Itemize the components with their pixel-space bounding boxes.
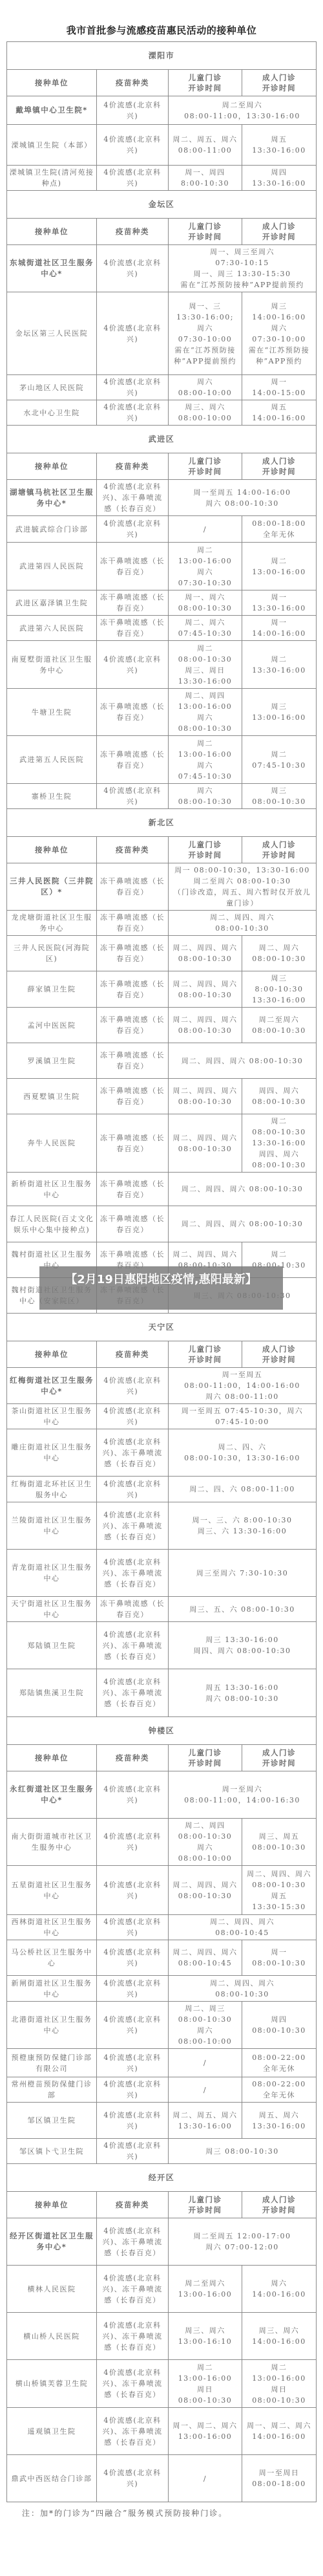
child-clinic-hours: 周二、周四、周六08:00-10:45 — [169, 1940, 242, 1976]
vaccine-type: 冻干鼻喷流感（长春百克） — [97, 1206, 169, 1242]
table-row: 马公桥社区卫生服务中心4价流感(北京科兴)周二、周四、周六08:00-10:45… — [7, 1940, 317, 1976]
vaccination-unit: 红梅街道北环社区卫生服务中心 — [7, 1477, 97, 1502]
adult-clinic-hours: 周一08:00-10:30 — [242, 1940, 317, 1976]
combined-clinic-hours: 周一、周三至周六07:30-10:15周一、周三 13:30-15:30需在“江… — [169, 245, 317, 292]
child-clinic-hours: 周一、三13:30-16:00;周六07:30-10:00需在“江苏预防接种”A… — [169, 292, 242, 375]
adult-clinic-hours: 周一、周二、周六14:00-16:00 — [242, 2408, 317, 2455]
vaccination-unit: 横山桥镇芙蓉卫生院 — [7, 2360, 97, 2408]
table-row: 邹区镇卜弋卫生院4价流感(北京科兴)周三 08:00-10:30 — [7, 2139, 317, 2164]
child-clinic-hours: 周六08:00-10:00 — [169, 375, 242, 400]
vaccination-unit: 罗溪镇卫生院 — [7, 1043, 97, 1079]
adult-clinic-hours: 周五14:00-16:00 — [242, 400, 317, 426]
combined-clinic-hours: 周三、五、六 08:00-10:30 — [169, 1597, 317, 1622]
table-row: 奔牛人民医院冻干鼻喷流感（长春百克）周二、周四、周六08:00-10:30周二0… — [7, 1114, 317, 1173]
district-row: 天宁区 — [7, 1314, 317, 1341]
vaccination-unit: 雕庄街道社区卫生服务中心 — [7, 1429, 97, 1477]
vaccination-unit: 红梅街道社区卫生服务中心* — [7, 1368, 97, 1404]
child-clinic-hours: 周二、周五、周六08:00-11:00 — [169, 125, 242, 166]
table-row: 武进毓武综合门诊部4价流感(北京科兴)/08:00-18:00全年无休 — [7, 516, 317, 543]
vaccine-type: 4价流感(北京科兴)、冻干鼻喷流感（长春百克） — [97, 1669, 169, 1717]
table-row: 经开区街道社区卫生服务中心*4价流感(北京科兴)、冻干鼻喷流感（长春百克）周二至… — [7, 2218, 317, 2266]
combined-clinic-hours: 周二、周四、周六 08:00-10:30 — [169, 1206, 317, 1242]
child-clinic-hours: / — [169, 2455, 242, 2502]
vaccination-unit: 三井人民医院(河海院区) — [7, 936, 97, 971]
district-name: 金坛区 — [7, 191, 317, 219]
adult-clinic-hours: 08:00-22:00全年无休 — [242, 2049, 317, 2077]
table-row: 戴埠镇中心卫生院*4价流感(北京科兴)周二至周六08:00-11:00，13:3… — [7, 96, 317, 125]
vaccine-type: 4价流感(北京科兴) — [97, 1771, 169, 1819]
vaccination-unit: 武进毓武综合门诊部 — [7, 516, 97, 543]
vaccination-unit: 武进第四人民医院 — [7, 543, 97, 590]
vaccine-type: 冻干鼻喷流感（长春百克） — [97, 911, 169, 936]
adult-clinic-hours: 周二08:00-10:3013:30-16:00周四、周六08:00-10:30 — [242, 1114, 317, 1173]
header-unit: 接种单位 — [7, 453, 97, 480]
table-row: 红梅街道北环社区卫生服务中心4价流感(北京科兴)周二、四、六 08:00-11:… — [7, 1477, 317, 1502]
column-header-row: 接种单位 疫苗种类 儿童门诊开诊时间 成人门诊开诊时间 — [7, 837, 317, 863]
header-adult-hours: 成人门诊开诊时间 — [242, 1745, 317, 1771]
table-row: 天宁街道社区卫生服务中心冻干鼻喷流感（长春百克）周三、五、六 08:00-10:… — [7, 1597, 317, 1622]
vaccine-type: 4价流感(北京科兴) — [97, 2049, 169, 2077]
combined-clinic-hours: 周二、周四、周六 08:00-10:30 — [169, 1043, 317, 1079]
header-child-hours: 儿童门诊开诊时间 — [169, 453, 242, 480]
header-adult-hours: 成人门诊开诊时间 — [242, 1341, 317, 1368]
vaccination-unit: 戴埠镇中心卫生院* — [7, 96, 97, 125]
vaccine-type: 4价流感(北京科兴) — [97, 292, 169, 375]
table-row: 南夏墅街道社区卫生服务中心4价流感(北京科兴)周二08:00-10:30周三、周… — [7, 641, 317, 689]
district-row: 钟楼区 — [7, 1717, 317, 1745]
vaccine-type: 4价流感(北京科兴) — [97, 1915, 169, 1940]
header-child-hours: 儿童门诊开诊时间 — [169, 837, 242, 863]
table-row: 水北中心卫生院4价流感(北京科兴)周三、周六08:00-10:00周五14:00… — [7, 400, 317, 426]
combined-clinic-hours: 周一至周五 07:45-10:30，周六07:45-10:00 — [169, 1404, 317, 1429]
table-row: 武进第四人民医院冻干鼻喷流感（长春百克）周二13:00-16:00周六07:30… — [7, 543, 317, 590]
vaccine-type: 冻干鼻喷流感（长春百克） — [97, 1114, 169, 1173]
adult-clinic-hours: 周三14:00-16:00周六07:30-10:00需在“江苏预防接种”APP预… — [242, 292, 317, 375]
column-header-row: 接种单位 疫苗种类 儿童门诊开诊时间 成人门诊开诊时间 — [7, 1341, 317, 1368]
combined-clinic-hours: 周三至周六 7:30-10:30 — [169, 1550, 317, 1597]
vaccination-unit: 武进第五人民医院 — [7, 736, 97, 784]
child-clinic-hours: 周二、周四13:00-16:00周六08:00-10:30 — [169, 689, 242, 736]
vaccine-type: 冻干鼻喷流感（长春百克） — [97, 616, 169, 641]
district-name: 经开区 — [7, 2164, 317, 2192]
child-clinic-hours: 周三、周六13:00-16:10 — [169, 2313, 242, 2360]
vaccine-type: 4价流感(北京科兴)、冻干鼻喷流感（长春百克） — [97, 1622, 169, 1669]
column-header-row: 接种单位 疫苗种类 儿童门诊开诊时间 成人门诊开诊时间 — [7, 1745, 317, 1771]
table-row: 常州橙苗预防保健门诊部4价流感(北京科兴)/08:00-22:00全年无休 — [7, 2077, 317, 2103]
vaccine-type: 4价流感(北京科兴) — [97, 400, 169, 426]
vaccine-type: 4价流感(北京科兴)、冻干鼻喷流感（长春百克） — [97, 2313, 169, 2360]
child-clinic-hours: / — [169, 2077, 242, 2103]
adult-clinic-hours: 周三13:00-16:00 — [242, 689, 317, 736]
vaccination-unit: 新桥街道社区卫生服务中心 — [7, 1173, 97, 1206]
combined-clinic-hours: 周一至周六08:00-11:00，14:00-16:30 — [169, 1771, 317, 1819]
table-row: 寨桥卫生院4价流感(北京科兴)周六08:00-10:30周三08:00-10:3… — [7, 784, 317, 809]
vaccination-unit: 武进第六人民医院 — [7, 616, 97, 641]
vaccination-unit: 南大街街道城市社区卫生服务中心 — [7, 1819, 97, 1866]
adult-clinic-hours: 周一13:30-16:00 — [242, 590, 317, 616]
vaccine-type: 4价流感(北京科兴)、冻干鼻喷流感（长春百克） — [97, 1502, 169, 1550]
adult-clinic-hours: 周三、周五08:00-10:30 — [242, 1819, 317, 1866]
table-row: 溧城镇卫生院(清河苑接种点)4价流感(北京科兴)周一、周四8:00-10:30周… — [7, 166, 317, 191]
header-vaccine: 疫苗种类 — [97, 453, 169, 480]
vaccination-unit: 横林人民医院 — [7, 2266, 97, 2313]
table-row: 横山桥人民医院4价流感(北京科兴)、冻干鼻喷流感（长春百克）周三、周六13:00… — [7, 2313, 317, 2360]
table-row: 雕庄街道社区卫生服务中心4价流感(北京科兴)、冻干鼻喷流感（长春百克）周二、四、… — [7, 1429, 317, 1477]
child-clinic-hours: 周二13:00-16:00周六07:30-10:30 — [169, 543, 242, 590]
adult-clinic-hours: 周一14:00-15:00 — [242, 375, 317, 400]
vaccine-type: 4价流感(北京科兴)、冻干鼻喷流感（长春百克） — [97, 1550, 169, 1597]
vaccination-unit: 常州橙苗预防保健门诊部 — [7, 2077, 97, 2103]
adult-clinic-hours: 周三08:00-10:30 — [242, 784, 317, 809]
header-unit: 接种单位 — [7, 2192, 97, 2218]
table-row: 青龙街道社区卫生服务中心4价流感(北京科兴)、冻干鼻喷流感（长春百克）周三至周六… — [7, 1550, 317, 1597]
child-clinic-hours: 周二08:00-10:30周三、周日13:30-16:00 — [169, 641, 242, 689]
vaccine-type: 4价流感(北京科兴)、冻干鼻喷流感（长春百克） — [97, 2360, 169, 2408]
vaccination-unit: 水北中心卫生院 — [7, 400, 97, 426]
child-clinic-hours: / — [169, 516, 242, 543]
vaccination-unit: 茅山地区人民医院 — [7, 375, 97, 400]
table-row: 三井人民医院(河海院区)冻干鼻喷流感（长春百克）周二、周四、周六08:00-10… — [7, 936, 317, 971]
overlay-headline-banner[interactable]: 【2月19日惠阳地区疫情,惠阳最新】 — [39, 1266, 283, 1310]
vaccination-unit: 郑陆镇卫生院 — [7, 1622, 97, 1669]
vaccine-type: 4价流感(北京科兴) — [97, 1368, 169, 1404]
child-clinic-hours: 周二、周四、周六08:00-10:30 — [169, 1079, 242, 1114]
adult-clinic-hours: 周三8:00-10:3013:30-16:00 — [242, 971, 317, 1008]
vaccine-type: 4价流感(北京科兴) — [97, 2103, 169, 2139]
vaccination-unit: 横山桥人民医院 — [7, 2313, 97, 2360]
vaccine-type: 4价流感(北京科兴) — [97, 2139, 169, 2164]
table-row: 西夏墅镇卫生院冻干鼻喷流感（长春百克）周二、周四、周六08:00-10:30周四… — [7, 1079, 317, 1114]
vaccination-unit: 薛家镇卫生院 — [7, 971, 97, 1008]
table-row: 遥观镇卫生院4价流感(北京科兴)、冻干鼻喷流感（长春百克）周一、周二、周六13:… — [7, 2408, 317, 2455]
adult-clinic-hours: 周二07:45-10:30 — [242, 736, 317, 784]
district-row: 溧阳市 — [7, 42, 317, 70]
header-child-hours: 儿童门诊开诊时间 — [169, 1341, 242, 1368]
header-vaccine: 疫苗种类 — [97, 70, 169, 96]
district-name: 钟楼区 — [7, 1717, 317, 1745]
table-row: 南大街街道城市社区卫生服务中心4价流感(北京科兴)周二、周四08:00-10:3… — [7, 1819, 317, 1866]
vaccination-unit: 天宁街道社区卫生服务中心 — [7, 1597, 97, 1622]
table-row: 茶山街道社区卫生服务中心4价流感(北京科兴)周一至周五 07:45-10:30，… — [7, 1404, 317, 1429]
combined-clinic-hours: 周二、周四、周六08:00-10:30 — [169, 911, 317, 936]
vaccination-unit: 龙虎塘街道社区卫生服务中心 — [7, 911, 97, 936]
adult-clinic-hours: 周二13:00-16:00周日08:00-10:30 — [242, 2360, 317, 2408]
adult-clinic-hours: 周一14:00-16:00 — [242, 616, 317, 641]
table-row: 五星街道社区卫生服务中心4价流感(北京科兴)周二、周四、周六08:00-10:3… — [7, 1866, 317, 1915]
table-row: 三井人民医院（三井院区）*冻干鼻喷流感（长春百克）周一 08:00-10:30，… — [7, 863, 317, 911]
vaccine-type: 4价流感(北京科兴) — [97, 1976, 169, 2002]
child-clinic-hours: 周六08:00-10:30 — [169, 784, 242, 809]
adult-clinic-hours: 周二、周六08:00-10:30 — [242, 936, 317, 971]
adult-clinic-hours: 周二至周六08:00-10:30 — [242, 1008, 317, 1043]
header-adult-hours: 成人门诊开诊时间 — [242, 837, 317, 863]
header-vaccine: 疫苗种类 — [97, 837, 169, 863]
vaccine-type: 4价流感(北京科兴)、冻干鼻喷流感（长春百克） — [97, 1429, 169, 1477]
vaccination-unit: 青龙街道社区卫生服务中心 — [7, 1550, 97, 1597]
header-child-hours: 儿童门诊开诊时间 — [169, 219, 242, 245]
header-vaccine: 疫苗种类 — [97, 1745, 169, 1771]
vaccine-type: 4价流感(北京科兴) — [97, 641, 169, 689]
adult-clinic-hours: 周四08:00-10:30 — [242, 2002, 317, 2049]
table-row: 龙虎塘街道社区卫生服务中心冻干鼻喷流感（长春百克）周二、周四、周六08:00-1… — [7, 911, 317, 936]
combined-clinic-hours: 周三 13:30-16:00周四、周六 08:00-10:30 — [169, 1622, 317, 1669]
vaccine-type: 4价流感(北京科兴) — [97, 245, 169, 292]
table-row: 横山桥镇芙蓉卫生院4价流感(北京科兴)、冻干鼻喷流感（长春百克）周二13:00-… — [7, 2360, 317, 2408]
vaccination-unit: 郑陆镇焦溪卫生院 — [7, 1669, 97, 1717]
vaccine-type: 4价流感(北京科兴) — [97, 784, 169, 809]
combined-clinic-hours: 周一至周五08:00-11:00，14:00-16:00周六 08:00-11:… — [169, 1368, 317, 1404]
table-row: 郑陆镇卫生院4价流感(北京科兴)、冻干鼻喷流感（长春百克）周三 13:30-16… — [7, 1622, 317, 1669]
vaccine-type: 冻干鼻喷流感（长春百克） — [97, 689, 169, 736]
vaccine-type: 4价流感(北京科兴) — [97, 166, 169, 191]
footnote: 注：加*的门诊为“四融合”服务模式预防接种门诊。 — [22, 2507, 323, 2518]
child-clinic-hours: 周二、周四、周六08:00-10:30 — [169, 1008, 242, 1043]
child-clinic-hours: 周一、周二、周六13:00-16:00 — [169, 2408, 242, 2455]
vaccination-unit: 奔牛人民医院 — [7, 1114, 97, 1173]
vaccination-unit: 兰陵街道社区卫生服务中心 — [7, 1502, 97, 1550]
adult-clinic-hours: 周六14:00-16:00 — [242, 2266, 317, 2313]
vaccine-type: 冻干鼻喷流感（长春百克） — [97, 936, 169, 971]
column-header-row: 接种单位 疫苗种类 儿童门诊开诊时间 成人门诊开诊时间 — [7, 453, 317, 480]
header-child-hours: 儿童门诊开诊时间 — [169, 2192, 242, 2218]
table-row: 郑陆镇焦溪卫生院4价流感(北京科兴)、冻干鼻喷流感（长春百克）周五 13:30-… — [7, 1669, 317, 1717]
adult-clinic-hours: 周二13:00-16:00 — [242, 543, 317, 590]
district-row: 武进区 — [7, 426, 317, 453]
table-row: 预橙康预防保健门诊部有限公司4价流感(北京科兴)/08:00-22:00全年无休 — [7, 2049, 317, 2077]
child-clinic-hours: 周二13:00-16:00周六07:45-10:30 — [169, 736, 242, 784]
child-clinic-hours: 周一、周六08:00-10:30 — [169, 590, 242, 616]
vaccination-unit: 南夏墅街道社区卫生服务中心 — [7, 641, 97, 689]
document-page: 我市首批参与流感疫苗惠民活动的接种单位 溧阳市 接种单位 疫苗种类 儿童门诊开诊… — [0, 0, 323, 2544]
vaccination-unit: 五星街道社区卫生服务中心 — [7, 1866, 97, 1915]
child-clinic-hours: / — [169, 2049, 242, 2077]
table-row: 茅山地区人民医院4价流感(北京科兴)周六08:00-10:00周一14:00-1… — [7, 375, 317, 400]
vaccine-type: 冻干鼻喷流感（长春百克） — [97, 1597, 169, 1622]
combined-clinic-hours: 周二、四、六 08:00-11:00 — [169, 1477, 317, 1502]
combined-clinic-hours: 周一 08:00-10:30，13:30-16:00周二至周六 08:00-10… — [169, 863, 317, 911]
vaccination-unit: 春江人民医院(百丈文化娱乐中心集中接种点) — [7, 1206, 97, 1242]
vaccination-unit: 牛塘卫生院 — [7, 689, 97, 736]
vaccine-type: 冻干鼻喷流感（长春百克） — [97, 971, 169, 1008]
vaccine-type: 4价流感(北京科兴)、冻干鼻喷流感（长春百克） — [97, 2408, 169, 2455]
vaccination-unit: 经开区街道社区卫生服务中心* — [7, 2218, 97, 2266]
table-row: 金坛区第三人民医院4价流感(北京科兴)周一、三13:30-16:00;周六07:… — [7, 292, 317, 375]
adult-clinic-hours: 周三、周六14:00-16:00 — [242, 2313, 317, 2360]
header-child-hours: 儿童门诊开诊时间 — [169, 1745, 242, 1771]
table-row: 横林人民医院4价流感(北京科兴)、冻干鼻喷流感（长春百克）周二至周六13:00-… — [7, 2266, 317, 2313]
district-name: 新北区 — [7, 809, 317, 837]
district-row: 经开区 — [7, 2164, 317, 2192]
header-unit: 接种单位 — [7, 70, 97, 96]
table-row: 湖塘镇马杭社区卫生服务中心*4价流感(北京科兴)、冻干鼻喷流感（长春百克）周一至… — [7, 480, 317, 516]
combined-clinic-hours: 周二至周五 12:00-17:00周六 07:00-12:00 — [169, 2218, 317, 2266]
table-row: 兰陵街道社区卫生服务中心4价流感(北京科兴)、冻干鼻喷流感（长春百克）周一、三、… — [7, 1502, 317, 1550]
vaccine-type: 4价流感(北京科兴) — [97, 1819, 169, 1866]
combined-clinic-hours: 周二至周六08:00-11:00，13:30-16:00 — [169, 96, 317, 125]
vaccination-unit: 溧城镇卫生院(清河苑接种点) — [7, 166, 97, 191]
vaccination-unit: 永红街道社区卫生服务中心* — [7, 1771, 97, 1819]
combined-clinic-hours: 周三 08:00-10:30 — [169, 2139, 317, 2164]
header-vaccine: 疫苗种类 — [97, 1341, 169, 1368]
vaccine-type: 冻干鼻喷流感（长春百克） — [97, 590, 169, 616]
vaccination-unit: 东城街道社区卫生服务中心* — [7, 245, 97, 292]
district-name: 天宁区 — [7, 1314, 317, 1341]
table-row: 罗溪镇卫生院冻干鼻喷流感（长春百克）周二、周四、周六 08:00-10:30 — [7, 1043, 317, 1079]
table-row: 牛塘卫生院冻干鼻喷流感（长春百克）周二、周四13:00-16:00周六08:00… — [7, 689, 317, 736]
vaccination-unit: 茶山街道社区卫生服务中心 — [7, 1404, 97, 1429]
vaccine-type: 4价流感(北京科兴) — [97, 1477, 169, 1502]
vaccine-type: 冻干鼻喷流感（长春百克） — [97, 1079, 169, 1114]
vaccine-type: 4价流感(北京科兴) — [97, 1866, 169, 1915]
table-row: 鼎武中西医结合门诊部4价流感(北京科兴)/周一至周日08:00-18:00 — [7, 2455, 317, 2502]
child-clinic-hours: 周二、周四、周六08:00-10:30 — [169, 1866, 242, 1915]
child-clinic-hours: 周二、周四08:00-10:30周六08:00-10:00 — [169, 1819, 242, 1866]
adult-clinic-hours: 08:00-22:00全年无休 — [242, 2077, 317, 2103]
combined-clinic-hours: 周一至周五 14:00-16:00周六 08:00-10:30 — [169, 480, 317, 516]
adult-clinic-hours: 周五、周六13:30-16:00 — [242, 2103, 317, 2139]
district-name: 武进区 — [7, 426, 317, 453]
header-unit: 接种单位 — [7, 837, 97, 863]
vaccination-unit: 遥观镇卫生院 — [7, 2408, 97, 2455]
vaccination-unit: 武进区嘉泽镇卫生院 — [7, 590, 97, 616]
table-row: 红梅街道社区卫生服务中心*4价流感(北京科兴)周一至周五08:00-11:00，… — [7, 1368, 317, 1404]
vaccination-unit: 新闸街道社区卫生服务中心 — [7, 1976, 97, 2002]
vaccine-type: 4价流感(北京科兴) — [97, 1940, 169, 1976]
vaccine-type: 4价流感(北京科兴) — [97, 2455, 169, 2502]
document-title: 我市首批参与流感疫苗惠民活动的接种单位 — [0, 0, 323, 41]
district-name: 溧阳市 — [7, 42, 317, 70]
vaccine-type: 冻干鼻喷流感（长春百克） — [97, 1173, 169, 1206]
adult-clinic-hours: 周四、周六08:00-10:30 — [242, 1079, 317, 1114]
table-row: 西林街道社区卫生服务中心4价流感(北京科兴)周二、周四、周六08:00-10:4… — [7, 1915, 317, 1940]
combined-clinic-hours: 周一、三、六 8:00-10:30周三、六 13:30-16:00 — [169, 1502, 317, 1550]
adult-clinic-hours: 08:00-18:00全年无休 — [242, 516, 317, 543]
table-row: 孟河中医医院冻干鼻喷流感（长春百克）周二、周四、周六08:00-10:30周二至… — [7, 1008, 317, 1043]
child-clinic-hours: 周二13:00-16:00周日08:00-10:30 — [169, 2360, 242, 2408]
vaccine-type: 4价流感(北京科兴)、冻干鼻喷流感（长春百克） — [97, 2218, 169, 2266]
table-row: 永红街道社区卫生服务中心*4价流感(北京科兴)周一至周六08:00-11:00，… — [7, 1771, 317, 1819]
vaccination-unit: 邹区镇卜弋卫生院 — [7, 2139, 97, 2164]
vaccine-type: 4价流感(北京科兴)、冻干鼻喷流感（长春百克） — [97, 2266, 169, 2313]
header-unit: 接种单位 — [7, 1341, 97, 1368]
table-row: 邹区镇卫生院4价流感(北京科兴)周二、周五、周六13:30-16:00周五、周六… — [7, 2103, 317, 2139]
table-row: 武进第五人民医院冻干鼻喷流感（长春百克）周二13:00-16:00周六07:45… — [7, 736, 317, 784]
table-row: 东城街道社区卫生服务中心*4价流感(北京科兴)周一、周三至周六07:30-10:… — [7, 245, 317, 292]
header-vaccine: 疫苗种类 — [97, 219, 169, 245]
child-clinic-hours: 周二、周四、周六08:00-10:30 — [169, 1114, 242, 1173]
header-adult-hours: 成人门诊开诊时间 — [242, 70, 317, 96]
vaccine-type: 4价流感(北京科兴) — [97, 516, 169, 543]
vaccine-type: 4价流感(北京科兴) — [97, 96, 169, 125]
vaccination-unit: 孟河中医医院 — [7, 1008, 97, 1043]
child-clinic-hours: 周三、周六08:00-10:00 — [169, 400, 242, 426]
vaccine-type: 4价流感(北京科兴) — [97, 375, 169, 400]
vaccination-unit: 西夏墅镇卫生院 — [7, 1079, 97, 1114]
vaccination-unit: 北港街道社区卫生服务中心 — [7, 2002, 97, 2049]
vaccination-unit: 鼎武中西医结合门诊部 — [7, 2455, 97, 2502]
combined-clinic-hours: 周二、周四、周六 08:00-10:30 — [169, 1173, 317, 1206]
header-adult-hours: 成人门诊开诊时间 — [242, 219, 317, 245]
adult-clinic-hours: 周五13:30-16:00 — [242, 125, 317, 166]
combined-clinic-hours: 周二、周四、周六08:00-10:45 — [169, 1915, 317, 1940]
table-row: 薛家镇卫生院冻干鼻喷流感（长春百克）周二、周四、周六08:00-10:30周三8… — [7, 971, 317, 1008]
vaccine-type: 4价流感(北京科兴) — [97, 2002, 169, 2049]
adult-clinic-hours: 周四13:30-16:00 — [242, 166, 317, 191]
header-adult-hours: 成人门诊开诊时间 — [242, 2192, 317, 2218]
child-clinic-hours: 周二、周三08:00-10:30周六08:00-10:00 — [169, 2002, 242, 2049]
combined-clinic-hours: 周二、周四、周六08:00-10:30 — [169, 1976, 317, 2002]
vaccine-type: 4价流感(北京科兴) — [97, 1404, 169, 1429]
adult-clinic-hours: 周一至周日08:00-18:00 — [242, 2455, 317, 2502]
header-vaccine: 疫苗种类 — [97, 2192, 169, 2218]
column-header-row: 接种单位 疫苗种类 儿童门诊开诊时间 成人门诊开诊时间 — [7, 219, 317, 245]
vaccine-type: 冻干鼻喷流感（长春百克） — [97, 863, 169, 911]
table-row: 武进第六人民医院冻干鼻喷流感（长春百克）周二、周六07:45-10:30周一14… — [7, 616, 317, 641]
table-row: 北港街道社区卫生服务中心4价流感(北京科兴)周二、周三08:00-10:30周六… — [7, 2002, 317, 2049]
vaccination-unit: 寨桥卫生院 — [7, 784, 97, 809]
child-clinic-hours: 周二、周四、周六08:00-10:30 — [169, 971, 242, 1008]
vaccination-unit: 马公桥社区卫生服务中心 — [7, 1940, 97, 1976]
vaccine-type: 4价流感(北京科兴)、冻干鼻喷流感（长春百克） — [97, 480, 169, 516]
child-clinic-hours: 周一、周四8:00-10:30 — [169, 166, 242, 191]
vaccination-unit: 溧城镇卫生院（本部） — [7, 125, 97, 166]
column-header-row: 接种单位 疫苗种类 儿童门诊开诊时间 成人门诊开诊时间 — [7, 2192, 317, 2218]
vaccine-type: 4价流感(北京科兴) — [97, 2077, 169, 2103]
vaccine-type: 冻干鼻喷流感（长春百克） — [97, 1043, 169, 1079]
table-row: 武进区嘉泽镇卫生院冻干鼻喷流感（长春百克）周一、周六08:00-10:30周一1… — [7, 590, 317, 616]
table-row: 溧城镇卫生院（本部）4价流感(北京科兴)周二、周五、周六08:00-11:00周… — [7, 125, 317, 166]
vaccination-unit: 西林街道社区卫生服务中心 — [7, 1915, 97, 1940]
vaccine-type: 冻干鼻喷流感（长春百克） — [97, 1008, 169, 1043]
vaccination-unit: 预橙康预防保健门诊部有限公司 — [7, 2049, 97, 2077]
header-unit: 接种单位 — [7, 1745, 97, 1771]
table-row: 新闸街道社区卫生服务中心4价流感(北京科兴)周二、周四、周六08:00-10:3… — [7, 1976, 317, 2002]
header-child-hours: 儿童门诊开诊时间 — [169, 70, 242, 96]
combined-clinic-hours: 周二、四、六08:00-10:30，13:30-16:00 — [169, 1429, 317, 1477]
vaccine-type: 冻干鼻喷流感（长春百克） — [97, 736, 169, 784]
vaccine-type: 4价流感(北京科兴) — [97, 125, 169, 166]
header-adult-hours: 成人门诊开诊时间 — [242, 453, 317, 480]
child-clinic-hours: 周二、周四、周六08:00-10:30 — [169, 936, 242, 971]
vaccination-unit: 三井人民医院（三井院区）* — [7, 863, 97, 911]
vaccination-unit: 邹区镇卫生院 — [7, 2103, 97, 2139]
adult-clinic-hours: 周二13:30-16:00 — [242, 641, 317, 689]
vaccination-unit: 金坛区第三人民医院 — [7, 292, 97, 375]
vaccine-type: 冻干鼻喷流感（长春百克） — [97, 543, 169, 590]
child-clinic-hours: 周二、周五、周六13:30-16:00 — [169, 2103, 242, 2139]
combined-clinic-hours: 周五 13:30-16:00周六 08:00-10:30 — [169, 1669, 317, 1717]
vaccination-unit: 湖塘镇马杭社区卫生服务中心* — [7, 480, 97, 516]
column-header-row: 接种单位 疫苗种类 儿童门诊开诊时间 成人门诊开诊时间 — [7, 70, 317, 96]
table-row: 新桥街道社区卫生服务中心冻干鼻喷流感（长春百克）周二、周四、周六 08:00-1… — [7, 1173, 317, 1206]
district-row: 金坛区 — [7, 191, 317, 219]
adult-clinic-hours: 周二、周四、周六08:00-10:30周五13:30-15:30 — [242, 1866, 317, 1915]
district-row: 新北区 — [7, 809, 317, 837]
child-clinic-hours: 周二、周六07:45-10:30 — [169, 616, 242, 641]
header-unit: 接种单位 — [7, 219, 97, 245]
table-row: 春江人民医院(百丈文化娱乐中心集中接种点)冻干鼻喷流感（长春百克）周二、周四、周… — [7, 1206, 317, 1242]
child-clinic-hours: 周二至周六13:00-16:00 — [169, 2266, 242, 2313]
